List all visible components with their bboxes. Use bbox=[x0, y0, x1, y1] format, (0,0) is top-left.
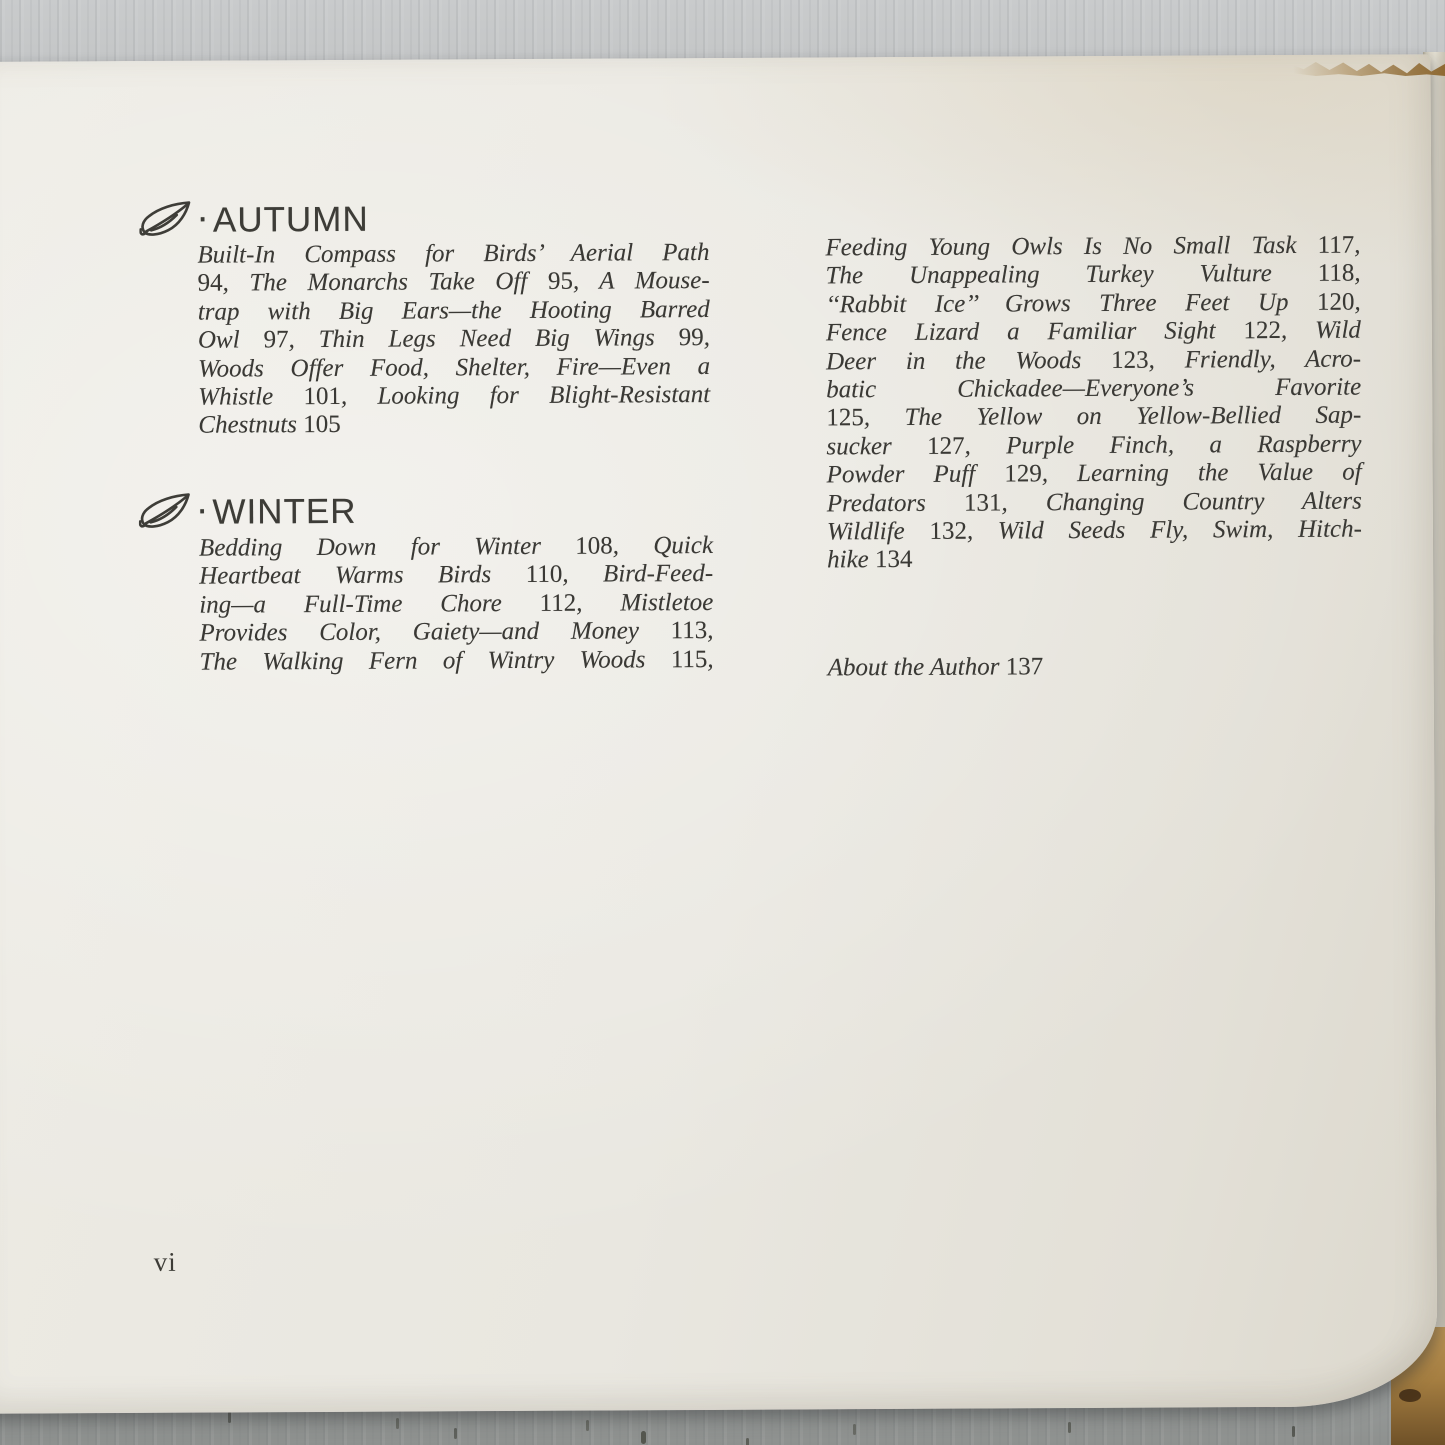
toc-line: trap with Big Ears—the Hooting Barred bbox=[198, 296, 710, 327]
book-page: · AUTUMN Built-In Compass for Birds’ Aer… bbox=[0, 54, 1438, 1414]
toc-entries-autumn: Built-In Compass for Birds’ Aerial Path9… bbox=[197, 239, 710, 441]
book-page-photo: · AUTUMN Built-In Compass for Birds’ Aer… bbox=[0, 0, 1445, 1445]
toc-line: Heartbeat Warms Birds 110, Bird-Feed- bbox=[199, 560, 713, 591]
toc-line: Predators 131, Changing Country Alters bbox=[827, 487, 1362, 518]
about-the-author-entry: About the Author 137 bbox=[828, 653, 1044, 683]
leaf-icon bbox=[139, 492, 193, 539]
toc-entries-continued: Feeding Young Owls Is No Small Task 117,… bbox=[825, 232, 1362, 576]
toc-line: The Unappealing Turkey Vulture 118, bbox=[826, 260, 1361, 291]
toc-line: Whistle 101, Looking for Blight-Resistan… bbox=[198, 381, 710, 412]
cover-wear-speck bbox=[1399, 1389, 1421, 1402]
toc-entries-winter: Bedding Down for Winter 108, QuickHeartb… bbox=[199, 532, 714, 677]
toc-line: ‘‘Rabbit Ice’’ Grows Three Feet Up 120, bbox=[826, 288, 1361, 319]
toc-line: ing—a Full-Time Chore 112, Mistletoe bbox=[199, 589, 713, 620]
section-title-winter: WINTER bbox=[212, 491, 356, 532]
toc-line: hike 134 bbox=[827, 544, 1362, 575]
toc-line: The Walking Fern of Wintry Woods 115, bbox=[200, 646, 714, 677]
leaf-icon bbox=[139, 200, 193, 247]
section-title-autumn: AUTUMN bbox=[213, 199, 369, 240]
toc-line: Built-In Compass for Birds’ Aerial Path bbox=[197, 239, 709, 270]
toc-line: Provides Color, Gaiety—and Money 113, bbox=[199, 617, 713, 648]
toc-line: 125, The Yellow on Yellow-Bellied Sap- bbox=[826, 402, 1361, 433]
bullet-separator: · bbox=[196, 489, 210, 529]
toc-line: Owl 97, Thin Legs Need Big Wings 99, bbox=[198, 324, 710, 355]
section-heading-autumn: · AUTUMN bbox=[139, 196, 369, 244]
toc-line: Deer in the Woods 123, Friendly, Acro- bbox=[826, 345, 1361, 376]
page-number: vi bbox=[154, 1247, 177, 1278]
toc-line: Wildlife 132, Wild Seeds Fly, Swim, Hitc… bbox=[827, 516, 1362, 547]
toc-line: sucker 127, Purple Finch, a Raspberry bbox=[826, 430, 1361, 461]
toc-line: batic Chickadee—Everyone’s Favorite bbox=[826, 374, 1361, 405]
toc-line: Woods Offer Food, Shelter, Fire—Even a bbox=[198, 353, 710, 384]
section-heading-winter: · WINTER bbox=[139, 488, 357, 536]
toc-line: 94, The Monarchs Take Off 95, A Mouse- bbox=[198, 267, 710, 298]
toc-line: Bedding Down for Winter 108, Quick bbox=[199, 532, 713, 563]
wood-scuff-marks bbox=[228, 1412, 231, 1423]
toc-line: Fence Lizard a Familiar Sight 122, Wild bbox=[826, 317, 1361, 348]
toc-line: Feeding Young Owls Is No Small Task 117, bbox=[825, 232, 1360, 263]
toc-line: Powder Puff 129, Learning the Value of bbox=[827, 459, 1362, 490]
toc-line: Chestnuts 105 bbox=[198, 409, 710, 440]
bullet-separator: · bbox=[196, 197, 210, 237]
